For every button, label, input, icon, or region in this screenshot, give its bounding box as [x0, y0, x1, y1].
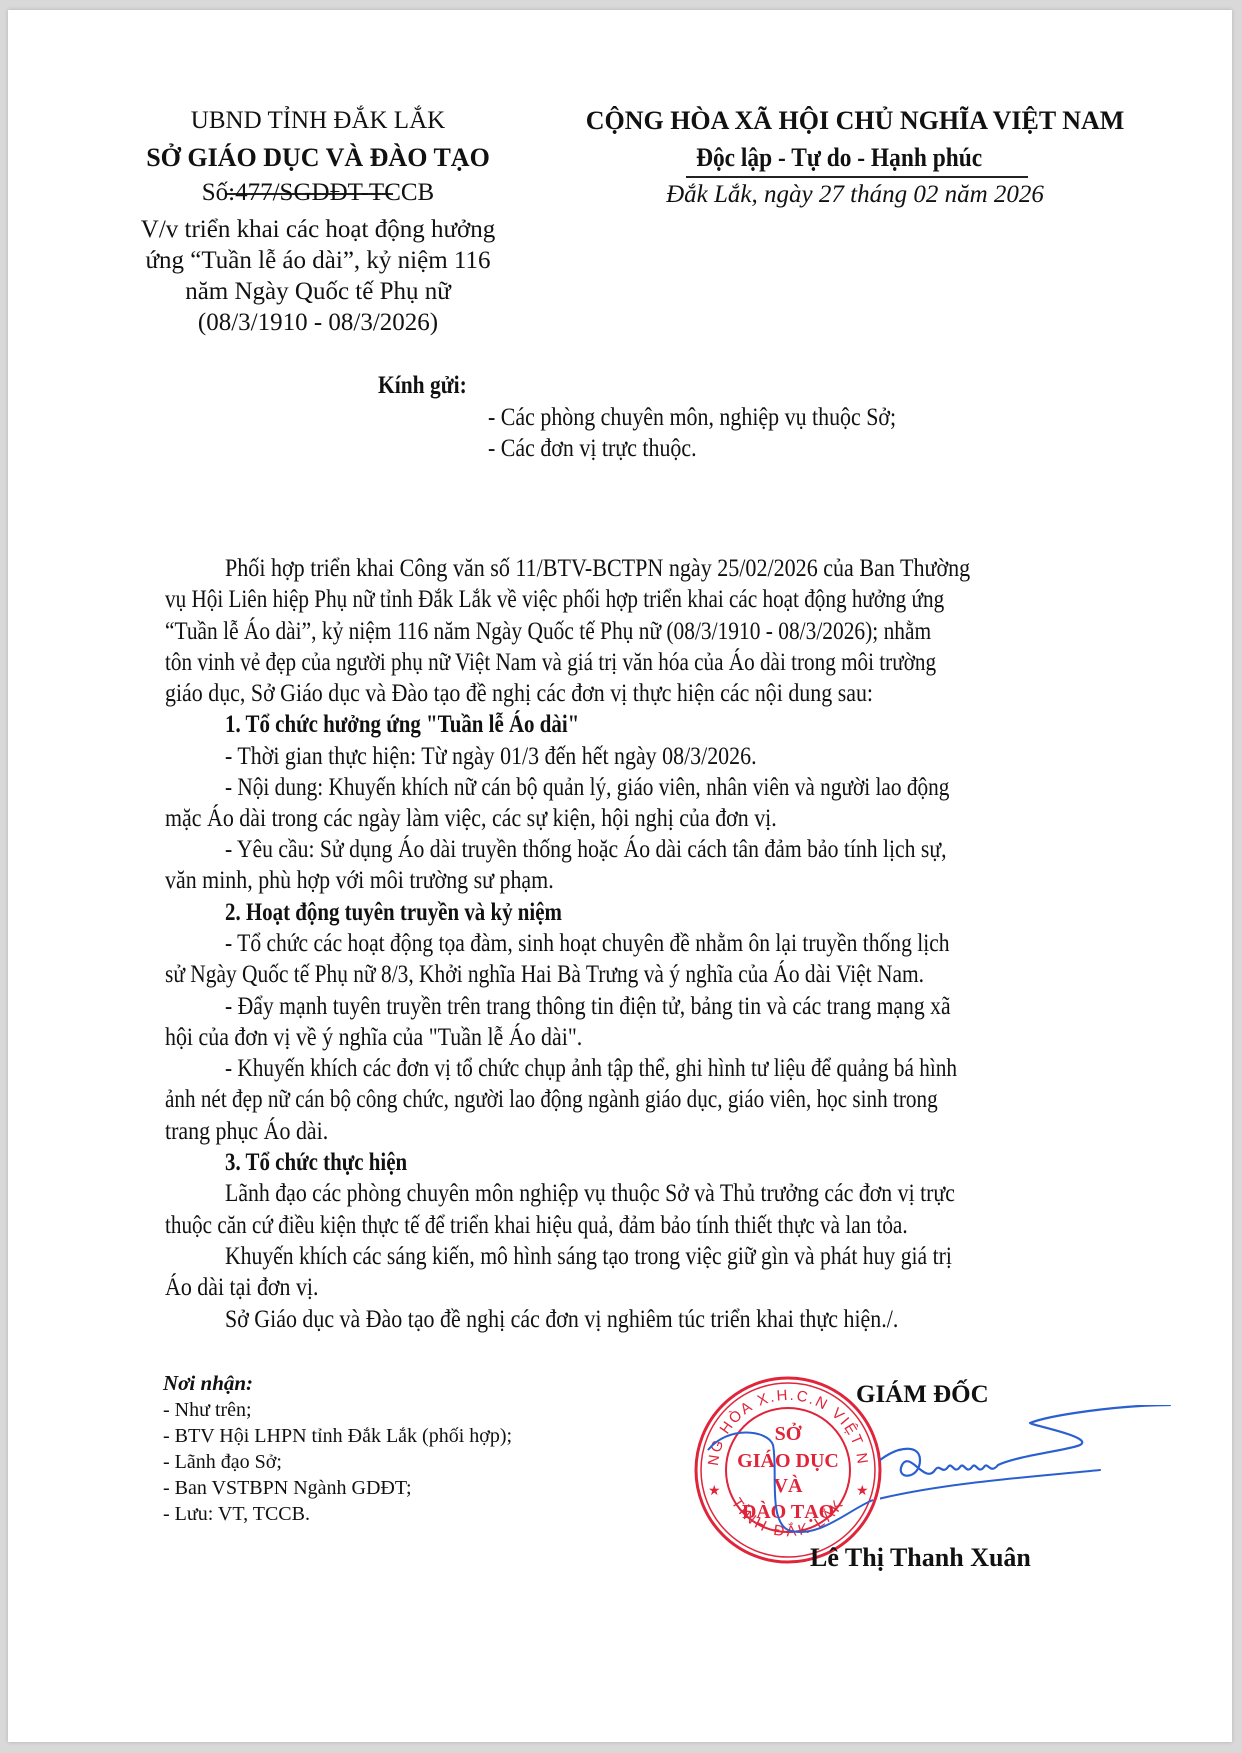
document-number: Số:477/SGDĐT-TCCB — [202, 180, 434, 205]
section-heading: 1. Tổ chức hưởng ứng "Tuần lễ Áo dài" — [225, 711, 1195, 737]
body-line: sử Ngày Quốc tế Phụ nữ 8/3, Khởi nghĩa H… — [165, 961, 1135, 987]
body-line: - Nội dung: Khuyến khích nữ cán bộ quản … — [225, 774, 1195, 800]
signature-scrawl-icon — [880, 1405, 1180, 1525]
official-seal-icon: CỘNG HÒA X.H.C.N VIỆT NAM TỈNH ĐẮK LẮK ★… — [688, 1370, 888, 1570]
recipients-label: Kính gửi: — [378, 373, 481, 398]
national-motto: Độc lập - Tự do - Hạnh phúc — [696, 145, 1014, 171]
recipient-item: - Các phòng chuyên môn, nghiệp vụ thuộc … — [488, 404, 963, 430]
subject-line: V/v triển khai các hoạt động hưởng — [141, 217, 495, 242]
authority-name: UBND TỈNH ĐẮK LẮK — [191, 108, 445, 133]
body-line: Khuyến khích các sáng kiến, mô hình sáng… — [225, 1243, 1195, 1269]
body-line: hội của đơn vị về ý nghĩa của "Tuần lễ Á… — [165, 1024, 1135, 1050]
svg-text:★: ★ — [708, 1483, 721, 1499]
body-line: - Đẩy mạnh tuyên truyền trên trang thông… — [225, 993, 1195, 1019]
recipient-item: - Các đơn vị trực thuộc. — [488, 435, 731, 461]
nation-title: CỘNG HÒA XÃ HỘI CHỦ NGHĨA VIỆT NAM — [586, 108, 1125, 134]
body-line: “Tuần lễ Áo dài”, kỷ niệm 116 năm Ngày Q… — [165, 618, 1135, 644]
distribution-item: - Ban VSTBPN Ngành GDĐT; — [163, 1478, 412, 1498]
body-line: Áo dài tại đơn vị. — [165, 1274, 1135, 1300]
place-date: Đắk Lắk, ngày 27 tháng 02 năm 2026 — [666, 182, 1044, 207]
subject-line: năm Ngày Quốc tế Phụ nữ — [185, 279, 451, 304]
body-line: ảnh nét đẹp nữ cán bộ công chức, người l… — [165, 1086, 1135, 1112]
section-heading: 3. Tổ chức thực hiện — [225, 1149, 1195, 1175]
body-line: - Khuyến khích các đơn vị tổ chức chụp ả… — [225, 1055, 1195, 1081]
body-line: Phối hợp triển khai Công văn số 11/BTV-B… — [225, 555, 1135, 581]
distribution-item: - Lãnh đạo Sở; — [163, 1452, 282, 1472]
body-line: giáo dục, Sở Giáo dục và Đào tạo đề nghị… — [165, 680, 1135, 706]
body-line: vụ Hội Liên hiệp Phụ nữ tỉnh Đắk Lắk về … — [165, 586, 1135, 612]
department-name: SỞ GIÁO DỤC VÀ ĐÀO TẠO — [146, 145, 490, 171]
national-motto-text: Độc lập - Tự do - Hạnh phúc — [696, 145, 982, 171]
body-line: - Yêu cầu: Sử dụng Áo dài truyền thống h… — [225, 836, 1195, 862]
body-line: trang phục Áo dài. — [165, 1118, 1135, 1144]
svg-text:GIÁO DỤC: GIÁO DỤC — [737, 1449, 839, 1472]
svg-text:ĐÀO TẠO: ĐÀO TẠO — [742, 1500, 834, 1523]
svg-text:VÀ: VÀ — [774, 1474, 803, 1497]
body-line: - Tổ chức các hoạt động tọa đàm, sinh ho… — [225, 930, 1195, 956]
body-line: tôn vinh vẻ đẹp của người phụ nữ Việt Na… — [165, 649, 1135, 675]
distribution-item: - Như trên; — [163, 1400, 252, 1420]
body-line: Sở Giáo dục và Đào tạo đề nghị các đơn v… — [225, 1306, 1195, 1332]
distribution-item: - Lưu: VT, TCCB. — [163, 1504, 310, 1524]
distribution-item: - BTV Hội LHPN tỉnh Đắk Lắk (phối hợp); — [163, 1426, 512, 1446]
body-line: văn minh, phù hợp với môi trường sư phạm… — [165, 867, 1135, 893]
body-line: thuộc căn cứ điều kiện thực tế để triển … — [165, 1212, 1135, 1238]
motto-underline — [686, 176, 1028, 178]
svg-text:SỞ: SỞ — [775, 1422, 802, 1445]
body-line: - Thời gian thực hiện: Từ ngày 01/3 đến … — [225, 743, 1195, 769]
body-line: Lãnh đạo các phòng chuyên môn nghiệp vụ … — [225, 1180, 1195, 1206]
subject-line: ứng “Tuần lễ áo dài”, kỷ niệm 116 — [146, 248, 491, 273]
distribution-label: Nơi nhận: — [163, 1373, 253, 1394]
signer-name: Lê Thị Thanh Xuân — [810, 1545, 1031, 1571]
subject-line: (08/3/1910 - 08/3/2026) — [198, 310, 438, 335]
section-heading: 2. Hoạt động tuyên truyền và kỷ niệm — [225, 899, 1195, 925]
svg-text:★: ★ — [856, 1483, 869, 1499]
body-line: mặc Áo dài trong các ngày làm việc, các … — [165, 805, 1135, 831]
